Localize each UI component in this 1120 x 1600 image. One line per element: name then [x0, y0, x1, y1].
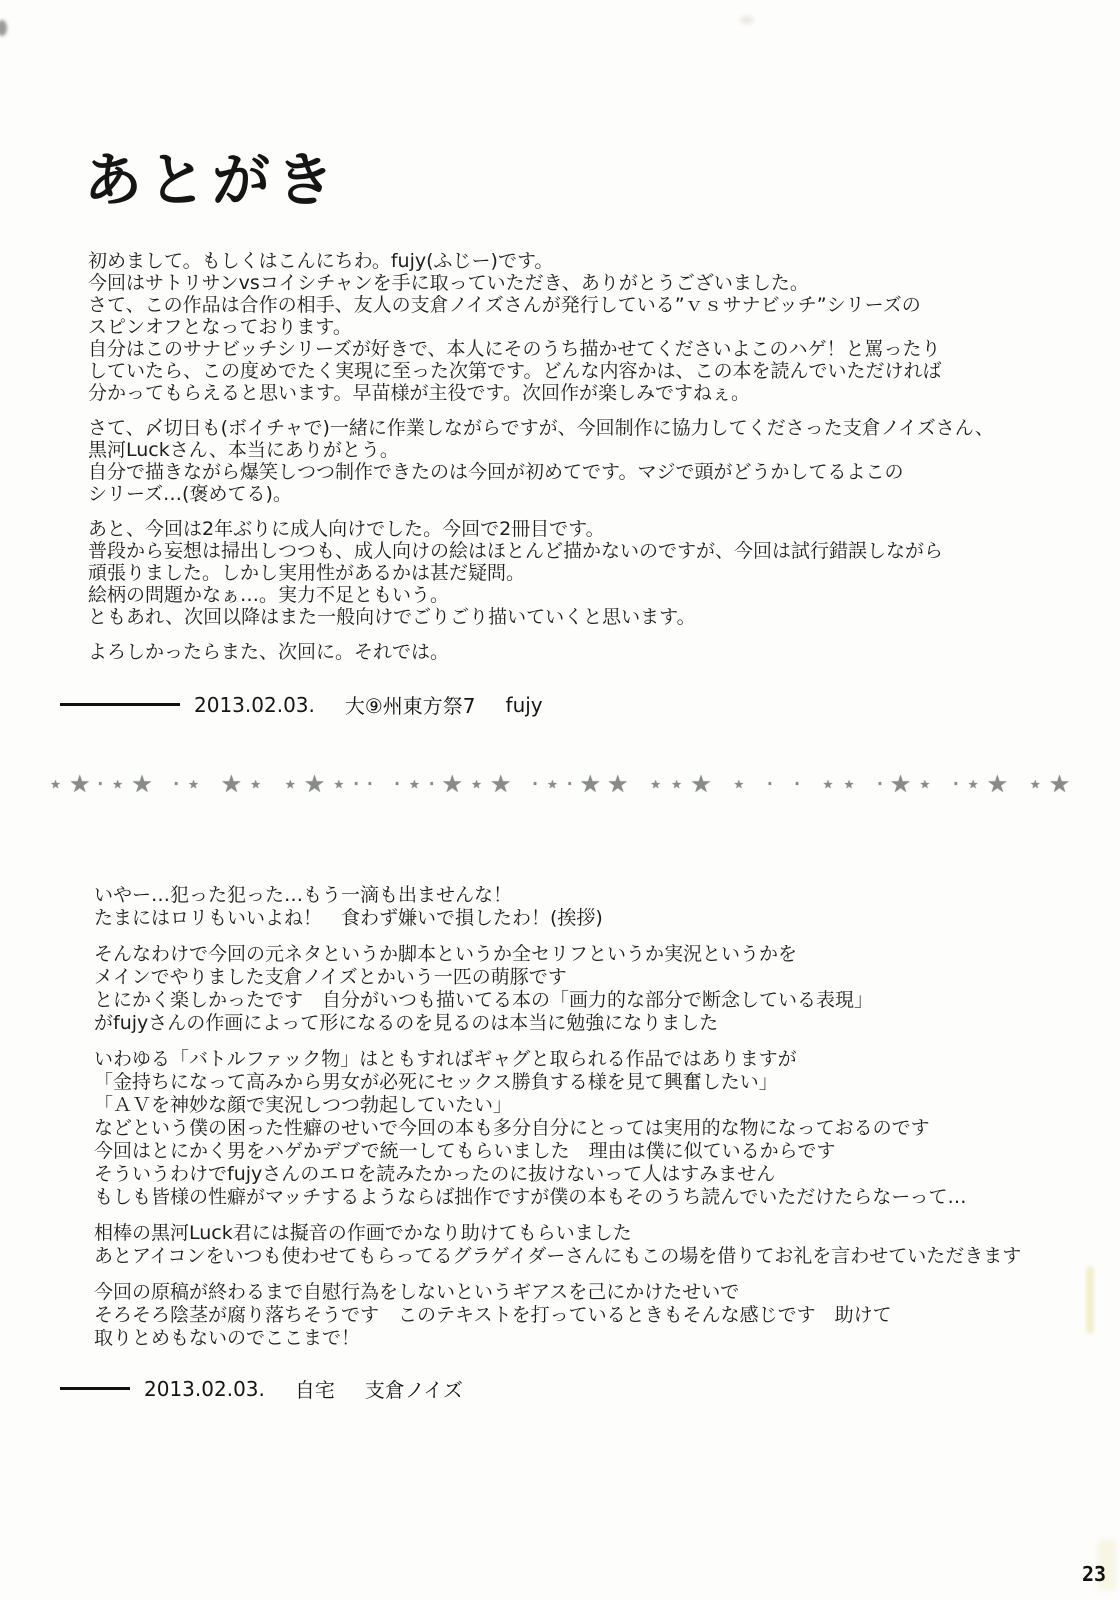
- hasekura-afterword-text: いやー…犯った犯った…もう一滴も出ませんな！ たまにはロリもいいよね！ 食わず嫌…: [94, 884, 1104, 1350]
- paragraph: そんなわけで今回の元ネタというか脚本というか全セリフというか実況というかを メイ…: [94, 943, 1104, 1035]
- afterword-page: あとがき 初めまして。もしくはこんにちわ。fujy(ふじー)です。 今回はサトリ…: [0, 0, 1120, 1600]
- page-title: あとがき: [84, 133, 340, 217]
- scan-artifact-speck: [740, 16, 754, 24]
- paragraph: 今回の原稿が終わるまで自慰行為をしないというギアスを己にかけたせいで そろそろ陰…: [94, 1281, 1104, 1350]
- scan-artifact-speck: [0, 20, 7, 36]
- page-number: 23: [1082, 1562, 1106, 1586]
- signature-dash: [60, 703, 180, 706]
- star-divider: ⋆★·⋆★ ·⋆ ★⋆ ⋆★⋆·· ·⋆·★⋆★ ·⋆·★★ ⋆⋆★ ⋆ · ·…: [48, 756, 1082, 812]
- signature-dash: [60, 1387, 130, 1390]
- signature-name: fujy: [506, 693, 543, 717]
- scan-artifact-streak: [1086, 1266, 1094, 1334]
- paragraph: いやー…犯った犯った…もう一滴も出ませんな！ たまにはロリもいいよね！ 食わず嫌…: [94, 884, 1104, 930]
- paragraph: いわゆる「バトルファック物」はともすればギャグと取られる作品ではありますが 「金…: [94, 1048, 1104, 1209]
- fujy-signature: 2013.02.03. 大⑨州東方祭7 fujy: [60, 690, 543, 719]
- signature-place: 大⑨州東方祭7: [345, 690, 476, 719]
- paragraph: さて、〆切日も(ボイチャで)一緒に作業しながらですが、今回制作に協力してくださっ…: [88, 417, 1048, 505]
- paragraph: 相棒の黒河Luck君には擬音の作画でかなり助けてもらいました あとアイコンをいつ…: [94, 1222, 1104, 1268]
- signature-place: 自宅: [295, 1374, 335, 1403]
- paragraph: あと、今回は2年ぶりに成人向けでした。今回で2冊目です。 普段から妄想は掃出しつ…: [88, 518, 1048, 628]
- paragraph: 初めまして。もしくはこんにちわ。fujy(ふじー)です。 今回はサトリサンvsコ…: [88, 250, 1048, 404]
- signature-name: 支倉ノイズ: [365, 1374, 463, 1403]
- fujy-afterword-text: 初めまして。もしくはこんにちわ。fujy(ふじー)です。 今回はサトリサンvsコ…: [88, 250, 1048, 663]
- hasekura-signature: 2013.02.03. 自宅 支倉ノイズ: [60, 1374, 463, 1403]
- signature-date: 2013.02.03.: [194, 693, 315, 717]
- signature-date: 2013.02.03.: [144, 1377, 265, 1401]
- paragraph: よろしかったらまた、次回に。それでは。: [88, 641, 1048, 663]
